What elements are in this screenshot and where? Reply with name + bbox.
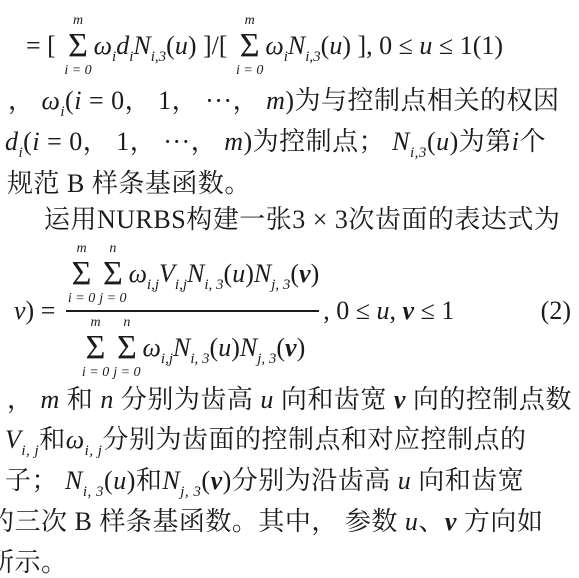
equation-2-numerator: mΣi = 0nΣj = 0ωi,jVi,jNi, 3(u)Nj, 3(v) bbox=[66, 241, 319, 307]
text-line-basis-direction: 子； Ni, 3(u)和Nj, 3(v)分别为沿齿高 u 向和齿宽 bbox=[5, 464, 524, 498]
sum-lower-limit: i = 0 bbox=[64, 63, 91, 79]
math-variable: u bbox=[113, 466, 127, 495]
text-run: 所示。 bbox=[0, 548, 68, 577]
text-line-bspline-basis: 规范 B 样条基函数。 bbox=[7, 167, 251, 201]
text-line-control-points: di(i = 0， 1， ···， m)为控制点； Ni,3(u)为第i个 bbox=[5, 125, 546, 159]
equation-2-lhs: v) = bbox=[14, 296, 62, 326]
text-run: )和 bbox=[127, 466, 163, 495]
text-run: ≤ 1 bbox=[432, 31, 472, 61]
text-run: 方向如 bbox=[457, 507, 544, 536]
math-variable: u bbox=[232, 259, 245, 289]
math-variable: u bbox=[405, 507, 419, 536]
text-run: )为第 bbox=[450, 127, 512, 156]
equation-2-denominator: mΣi = 0nΣj = 0ωi,jNi, 3(u)Nj, 3(v) bbox=[80, 315, 305, 381]
sum-lower-limit: j = 0 bbox=[113, 365, 140, 381]
math-variable: ωi,j bbox=[129, 259, 159, 289]
math-variable: n bbox=[100, 385, 114, 414]
text-run: ) ]/[ bbox=[188, 31, 234, 61]
math-variable: v bbox=[14, 296, 26, 326]
text-run: ≤ 1 bbox=[414, 296, 454, 326]
math-variable: v bbox=[211, 466, 223, 495]
math-variable: m bbox=[266, 86, 285, 115]
text-run: ( bbox=[104, 466, 113, 495]
math-variable: u bbox=[377, 296, 390, 326]
text-run: ( bbox=[276, 333, 285, 363]
subscript: i bbox=[129, 49, 133, 65]
subscript: i,3 bbox=[151, 49, 166, 65]
text-run: 的三次 B 样条基函数。其中， 参数 bbox=[0, 507, 405, 536]
summation-symbol: mΣi = 0 bbox=[236, 13, 263, 79]
equation-1-body: = [ mΣi = 0ωidiNi,3(u) ]/[ mΣi = 0ωiNi,3… bbox=[26, 13, 473, 79]
text-line-nurbs-intro: 运用NURBS构建一张3 × 3次齿面的表达式为 bbox=[44, 203, 560, 237]
subscript: i, 3 bbox=[83, 484, 104, 500]
subscript: i,3 bbox=[305, 49, 320, 65]
text-line-m-n-description: ， m 和 n 分别为齿高 u 向和齿宽 v 向的控制点数 bbox=[7, 383, 572, 417]
text-run: 向和齿宽 bbox=[411, 466, 524, 495]
math-variable: Nj, 3 bbox=[254, 259, 291, 289]
text-run: = [ bbox=[26, 31, 62, 61]
summation-symbol: mΣi = 0 bbox=[64, 13, 91, 79]
text-run: 和 bbox=[60, 385, 101, 414]
text-run: ) ], 0 ≤ bbox=[342, 31, 419, 61]
math-variable: i bbox=[32, 127, 40, 156]
math-variable: v bbox=[394, 385, 406, 414]
fraction-bar bbox=[66, 310, 319, 312]
text-run: 个 bbox=[520, 127, 547, 156]
math-variable: ωi,j bbox=[143, 333, 173, 363]
math-variable: v bbox=[403, 296, 415, 326]
subscript: i bbox=[284, 49, 288, 65]
text-run: ( bbox=[290, 259, 299, 289]
text-run: ( bbox=[201, 466, 210, 495]
text-line-cubic-bspline: 的三次 B 样条基函数。其中， 参数 u、v 方向如 bbox=[0, 505, 543, 539]
text-run: )为控制点； bbox=[244, 127, 393, 156]
sum-lower-limit: j = 0 bbox=[99, 291, 126, 307]
text-run: ( bbox=[224, 259, 233, 289]
sigma-icon: Σ bbox=[240, 29, 260, 63]
math-variable: ωi bbox=[265, 31, 288, 61]
sum-lower-limit: i = 0 bbox=[236, 63, 263, 79]
sum-lower-limit: i = 0 bbox=[68, 291, 95, 307]
equation-2-number: (2) bbox=[541, 296, 571, 326]
text-line-weight-factor: ， ωi(i = 0， 1， ···， m)为与控制点相关的权因 bbox=[8, 84, 560, 118]
text-run: ) bbox=[245, 259, 254, 289]
text-run: ( bbox=[166, 31, 175, 61]
text-run: 子； bbox=[5, 466, 65, 495]
math-variable: di bbox=[5, 127, 23, 156]
text-run: = 0， 1， ···， bbox=[82, 86, 266, 115]
math-variable: v bbox=[299, 259, 311, 289]
subscript: i,3 bbox=[410, 145, 427, 161]
math-variable: Ni, 3 bbox=[187, 259, 224, 289]
text-run: ， bbox=[8, 86, 42, 115]
sigma-icon: Σ bbox=[86, 331, 106, 365]
sigma-icon: Σ bbox=[103, 257, 123, 291]
subscript: j, 3 bbox=[180, 484, 201, 500]
text-run: 向和齿宽 bbox=[274, 385, 394, 414]
math-variable: Ni, 3 bbox=[173, 333, 210, 363]
math-variable: u bbox=[436, 127, 450, 156]
subscript: i, 3 bbox=[204, 277, 223, 293]
document-page: { "colors": { "background": "#ffffff", "… bbox=[0, 0, 579, 578]
text-run: 向的控制点数 bbox=[406, 385, 572, 414]
subscript: j, 3 bbox=[271, 277, 290, 293]
subscript: i, 3 bbox=[190, 351, 209, 367]
summation-symbol: mΣi = 0 bbox=[68, 241, 95, 307]
math-variable: u bbox=[175, 31, 188, 61]
equation-1: = [ mΣi = 0ωidiNi,3(u) ]/[ mΣi = 0ωiNi,3… bbox=[26, 14, 503, 78]
text-run: ( bbox=[65, 86, 74, 115]
math-variable: Ni,3 bbox=[392, 127, 427, 156]
math-variable: di bbox=[116, 31, 133, 61]
math-variable: m bbox=[224, 127, 243, 156]
subscript: i,j bbox=[161, 351, 173, 367]
math-variable: Ni,3 bbox=[133, 31, 166, 61]
text-run: ( bbox=[427, 127, 436, 156]
math-variable: v bbox=[445, 507, 457, 536]
math-variable: ωi, j bbox=[66, 425, 103, 454]
sigma-icon: Σ bbox=[72, 257, 92, 291]
text-run: )分别为沿齿高 bbox=[223, 466, 398, 495]
subscript: j, 3 bbox=[257, 351, 276, 367]
math-variable: u bbox=[419, 31, 432, 61]
text-run: , 0 ≤ bbox=[323, 296, 376, 326]
text-line-vij-omega: Vi, j和ωi, j分别为齿面的控制点和对应控制点的 bbox=[5, 423, 526, 457]
subscript: i bbox=[112, 49, 116, 65]
math-variable: Nj, 3 bbox=[240, 333, 277, 363]
text-run: )为与控制点相关的权因 bbox=[285, 86, 559, 115]
math-variable: u bbox=[218, 333, 231, 363]
subscript: i, j bbox=[21, 443, 39, 459]
math-variable: u bbox=[329, 31, 342, 61]
math-variable: Nj, 3 bbox=[162, 466, 201, 495]
math-variable: Vi,j bbox=[159, 259, 187, 289]
equation-1-number: (1) bbox=[473, 31, 503, 61]
subscript: i bbox=[19, 145, 24, 161]
equation-2-fraction: mΣi = 0nΣj = 0ωi,jVi,jNi, 3(u)Nj, 3(v) m… bbox=[66, 241, 319, 381]
math-variable: u bbox=[398, 466, 412, 495]
equation-2-condition: , 0 ≤ u, v ≤ 1 bbox=[323, 296, 454, 326]
subscript: i bbox=[60, 104, 65, 120]
sum-lower-limit: i = 0 bbox=[82, 365, 109, 381]
text-line-as-shown: 所示。 bbox=[0, 546, 68, 578]
text-run: = 0， 1， ···， bbox=[40, 127, 224, 156]
subscript: i,j bbox=[147, 277, 159, 293]
text-run: ( bbox=[23, 127, 32, 156]
equation-2: v) = mΣi = 0nΣj = 0ωi,jVi,jNi, 3(u)Nj, 3… bbox=[14, 241, 571, 381]
text-run: ) bbox=[311, 259, 320, 289]
text-run: 运用NURBS构建一张3 × 3次齿面的表达式为 bbox=[44, 205, 560, 234]
summation-symbol: nΣj = 0 bbox=[99, 241, 126, 307]
text-run: 、 bbox=[418, 507, 445, 536]
summation-symbol: nΣj = 0 bbox=[113, 315, 140, 381]
math-variable: Vi, j bbox=[5, 425, 39, 454]
sigma-icon: Σ bbox=[68, 29, 88, 63]
math-variable: i bbox=[74, 86, 82, 115]
math-variable: Ni,3 bbox=[288, 31, 321, 61]
math-variable: i bbox=[512, 127, 520, 156]
text-run: ) bbox=[297, 333, 306, 363]
text-run: 分别为齿面的控制点和对应控制点的 bbox=[102, 425, 526, 454]
text-run: 和 bbox=[39, 425, 66, 454]
text-run: ( bbox=[321, 31, 330, 61]
summation-symbol: mΣi = 0 bbox=[82, 315, 109, 381]
sigma-icon: Σ bbox=[117, 331, 137, 365]
subscript: i, j bbox=[85, 443, 103, 459]
text-run: ) bbox=[231, 333, 240, 363]
math-variable: u bbox=[260, 385, 274, 414]
subscript: i,j bbox=[175, 277, 187, 293]
math-variable: m bbox=[41, 385, 60, 414]
text-run: ， bbox=[7, 385, 41, 414]
text-run: ) = bbox=[26, 296, 62, 326]
math-variable: ωi bbox=[94, 31, 117, 61]
math-variable: ωi bbox=[42, 86, 66, 115]
text-run: ( bbox=[210, 333, 219, 363]
text-run: 规范 B 样条基函数。 bbox=[7, 169, 251, 198]
text-run: 分别为齿高 bbox=[114, 385, 261, 414]
math-variable: Ni, 3 bbox=[65, 466, 104, 495]
math-variable: v bbox=[285, 333, 297, 363]
text-run: , bbox=[390, 296, 403, 326]
